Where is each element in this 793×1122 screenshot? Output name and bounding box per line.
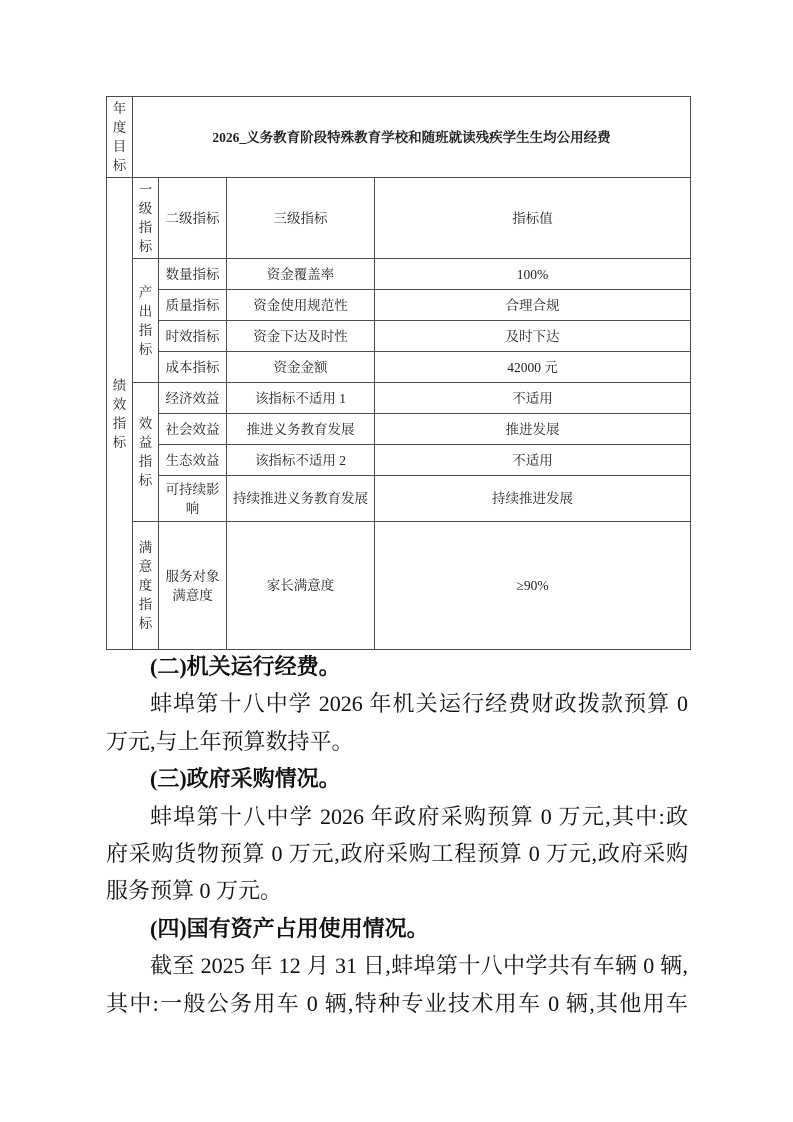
cell-level3: 资金下达及时性 xyxy=(227,321,375,352)
table-row-social: 社会效益 推进义务教育发展 推进发展 xyxy=(107,414,691,445)
table-row-satisfaction: 满意度指标 服务对象满意度 家长满意度 ≥90% xyxy=(107,522,691,650)
body-text: (二)机关运行经费。 蚌埠第十八中学 2026 年机关运行经费财政拨款预算 0 … xyxy=(106,648,688,1022)
table-row-ecological: 生态效益 该指标不适用 2 不适用 xyxy=(107,445,691,476)
cell-level2: 经济效益 xyxy=(159,383,227,414)
cell-level2: 社会效益 xyxy=(159,414,227,445)
table-row-quality: 质量指标 资金使用规范性 合理合规 xyxy=(107,290,691,321)
satisfaction-group-label: 满意度指标 xyxy=(133,522,159,650)
header-level3: 三级指标 xyxy=(227,178,375,259)
paragraph-line: 服务预算 0 万元。 xyxy=(106,872,688,909)
cell-level2: 数量指标 xyxy=(159,259,227,290)
header-level1: 一级指标 xyxy=(133,178,159,259)
cell-level2: 可持续影响 xyxy=(159,476,227,522)
cell-value: 100% xyxy=(375,259,691,290)
cell-level3: 资金覆盖率 xyxy=(227,259,375,290)
cell-level2: 服务对象满意度 xyxy=(159,522,227,650)
cell-level3: 资金金额 xyxy=(227,352,375,383)
paragraph-line: 蚌埠第十八中学 2026 年政府采购预算 0 万元,其中:政 xyxy=(106,798,688,835)
cell-level2: 质量指标 xyxy=(159,290,227,321)
cell-level3: 持续推进义务教育发展 xyxy=(227,476,375,522)
output-group-label: 产出指标 xyxy=(133,259,159,383)
document-page: 年度目标 2026_义务教育阶段特殊教育学校和随班就读残疾学生生均公用经费 绩效… xyxy=(0,0,793,1122)
table-row-header: 绩效指标 一级指标 二级指标 三级指标 指标值 xyxy=(107,178,691,259)
table-row-sustainable: 可持续影响 持续推进义务教育发展 持续推进发展 xyxy=(107,476,691,522)
performance-indicator-label: 绩效指标 xyxy=(107,178,133,650)
cell-level3: 家长满意度 xyxy=(227,522,375,650)
paragraph-line: 蚌埠第十八中学 2026 年机关运行经费财政拨款预算 0 xyxy=(106,685,688,722)
cell-level3: 该指标不适用 2 xyxy=(227,445,375,476)
paragraph-line: 府采购货物预算 0 万元,政府采购工程预算 0 万元,政府采购 xyxy=(106,835,688,872)
cell-value: 42000 元 xyxy=(375,352,691,383)
cell-level3: 推进义务教育发展 xyxy=(227,414,375,445)
benefit-group-label: 效益指标 xyxy=(133,383,159,522)
cell-value: ≥90% xyxy=(375,522,691,650)
table-row-cost: 成本指标 资金金额 42000 元 xyxy=(107,352,691,383)
section-heading-3: (三)政府采购情况。 xyxy=(106,760,688,797)
cell-value: 合理合规 xyxy=(375,290,691,321)
cell-value: 及时下达 xyxy=(375,321,691,352)
annual-goal-value: 2026_义务教育阶段特殊教育学校和随班就读残疾学生生均公用经费 xyxy=(133,97,691,178)
cell-level2: 生态效益 xyxy=(159,445,227,476)
table-row-annual-goal: 年度目标 2026_义务教育阶段特殊教育学校和随班就读残疾学生生均公用经费 xyxy=(107,97,691,178)
section-heading-2: (二)机关运行经费。 xyxy=(106,648,688,685)
cell-value: 不适用 xyxy=(375,445,691,476)
header-level2: 二级指标 xyxy=(159,178,227,259)
performance-indicator-table: 年度目标 2026_义务教育阶段特殊教育学校和随班就读残疾学生生均公用经费 绩效… xyxy=(106,96,691,650)
paragraph-line: 其中:一般公务用车 0 辆,特种专业技术用车 0 辆,其他用车 xyxy=(106,985,688,1022)
table-row-economic: 效益指标 经济效益 该指标不适用 1 不适用 xyxy=(107,383,691,414)
cell-value: 持续推进发展 xyxy=(375,476,691,522)
cell-value: 不适用 xyxy=(375,383,691,414)
paragraph-line: 截至 2025 年 12 月 31 日,蚌埠第十八中学共有车辆 0 辆, xyxy=(106,947,688,984)
table-row-quantity: 产出指标 数量指标 资金覆盖率 100% xyxy=(107,259,691,290)
paragraph-line: 万元,与上年预算数持平。 xyxy=(106,723,688,760)
table-row-timeliness: 时效指标 资金下达及时性 及时下达 xyxy=(107,321,691,352)
header-indicator-value: 指标值 xyxy=(375,178,691,259)
cell-value: 推进发展 xyxy=(375,414,691,445)
cell-level2: 时效指标 xyxy=(159,321,227,352)
cell-level3: 该指标不适用 1 xyxy=(227,383,375,414)
cell-level2: 成本指标 xyxy=(159,352,227,383)
annual-goal-label: 年度目标 xyxy=(107,97,133,178)
cell-level3: 资金使用规范性 xyxy=(227,290,375,321)
section-heading-4: (四)国有资产占用使用情况。 xyxy=(106,910,688,947)
